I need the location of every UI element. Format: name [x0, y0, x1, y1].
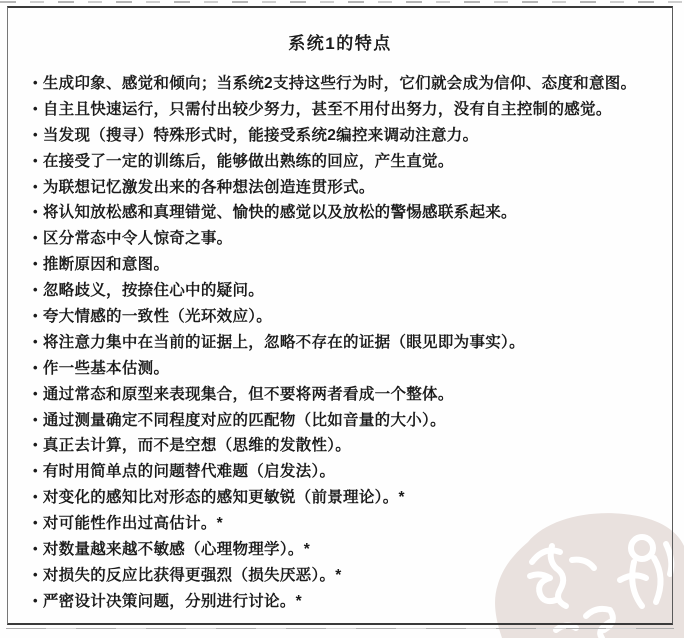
list-item-text: 将注意力集中在当前的证据上，忽略不存在的证据（眼见即为事实）。 — [43, 330, 525, 356]
list-item: •对损失的反应比获得更强烈（损失厌恶）。* — [33, 563, 662, 589]
list-item: •对变化的感知比对形态的感知更敏锐（前景理论）。* — [33, 485, 662, 511]
list-item-text: 通过常态和原型来表现集合，但不要将两者看成一个整体。 — [43, 382, 454, 408]
bullet-icon: • — [33, 588, 38, 614]
bullet-icon: • — [33, 458, 38, 484]
bullet-icon: • — [33, 148, 38, 174]
list-item: •严密设计决策问题，分别进行讨论。* — [33, 589, 662, 615]
list-item-text: 将认知放松感和真理错觉、愉快的感觉以及放松的警惕感联系起来。 — [43, 200, 517, 226]
bullet-icon: • — [33, 484, 38, 510]
list-item-text: 在接受了一定的训练后，能够做出熟练的回应，产生直觉。 — [43, 149, 454, 175]
list-item-text: 自主且快速运行，只需付出较少努力，甚至不用付出努力，没有自主控制的感觉。 — [43, 97, 612, 123]
list-item-text: 对数量越来越不敏感（心理物理学）。* — [43, 537, 310, 563]
bullet-icon: • — [33, 381, 38, 407]
list-item: •将注意力集中在当前的证据上，忽略不存在的证据（眼见即为事实）。 — [33, 330, 662, 356]
page-title: 系统1的特点 — [8, 32, 672, 56]
list-item: •通过常态和原型来表现集合，但不要将两者看成一个整体。 — [33, 382, 662, 408]
list-item-text: 夸大情感的一致性（光环效应）。 — [43, 304, 272, 330]
list-item-text: 通过测量确定不同程度对应的匹配物（比如音量的大小）。 — [43, 408, 446, 434]
list-item-text: 生成印象、感觉和倾向；当系统2支持这些行为时，它们就会成为信仰、态度和意图。 — [43, 71, 637, 97]
list-item-text: 对可能性作出过高估计。* — [43, 511, 223, 537]
bullet-icon: • — [33, 122, 38, 148]
list-item-text: 区分常态中令人惊奇之事。 — [43, 226, 233, 252]
list-item: •区分常态中令人惊奇之事。 — [33, 226, 662, 252]
list-item-text: 对损失的反应比获得更强烈（损失厌恶）。* — [43, 563, 342, 589]
list-item: •推断原因和意图。 — [33, 252, 662, 278]
list-item: •真正去计算，而不是空想（思维的发散性）。 — [33, 433, 662, 459]
list-item-text: 作一些基本估测。 — [43, 356, 169, 382]
list-item-text: 忽略歧义，按捺住心中的疑问。 — [43, 278, 264, 304]
bullet-icon: • — [33, 407, 38, 433]
bullet-icon: • — [33, 96, 38, 122]
list-item: •当发现（搜寻）特殊形式时，能接受系统2编控来调动注意力。 — [33, 123, 662, 149]
bullet-icon: • — [33, 225, 38, 251]
list-item-text: 真正去计算，而不是空想（思维的发散性）。 — [43, 433, 351, 459]
list-item-text: 为联想记忆激发出来的各种想法创造连贯形式。 — [43, 175, 375, 201]
list-item-text: 当发现（搜寻）特殊形式时，能接受系统2编控来调动注意力。 — [43, 123, 479, 149]
list-item-text: 推断原因和意图。 — [43, 252, 169, 278]
bullet-icon: • — [33, 432, 38, 458]
list-item: •在接受了一定的训练后，能够做出熟练的回应，产生直觉。 — [33, 149, 662, 175]
list-item: •忽略歧义，按捺住心中的疑问。 — [33, 278, 662, 304]
list-item-text: 有时用简单点的问题替代难题（启发法）。 — [43, 459, 335, 485]
bullet-icon: • — [33, 174, 38, 200]
list-item: •夸大情感的一致性（光环效应）。 — [33, 304, 662, 330]
list-item: •生成印象、感觉和倾向；当系统2支持这些行为时，它们就会成为信仰、态度和意图。 — [33, 71, 662, 97]
list-item: •将认知放松感和真理错觉、愉快的感觉以及放松的警惕感联系起来。 — [33, 200, 662, 226]
bullet-icon: • — [33, 199, 38, 225]
content-frame: 系统1的特点 •生成印象、感觉和倾向；当系统2支持这些行为时，它们就会成为信仰、… — [7, 6, 673, 625]
bullet-icon: • — [33, 562, 38, 588]
book-page: { "page": { "title": "系统1的特点", "bullet_c… — [0, 0, 684, 638]
bullet-icon: • — [33, 251, 38, 277]
bullet-icon: • — [33, 510, 38, 536]
list-item: •作一些基本估测。 — [33, 356, 662, 382]
list-item-text: 对变化的感知比对形态的感知更敏锐（前景理论）。* — [43, 485, 405, 511]
bullet-icon: • — [33, 303, 38, 329]
list-item-text: 严密设计决策问题，分别进行讨论。* — [43, 589, 302, 615]
list-item: •有时用简单点的问题替代难题（启发法）。 — [33, 459, 662, 485]
list-item: •为联想记忆激发出来的各种想法创造连贯形式。 — [33, 175, 662, 201]
bullet-icon: • — [33, 355, 38, 381]
list-item: •自主且快速运行，只需付出较少努力，甚至不用付出努力，没有自主控制的感觉。 — [33, 97, 662, 123]
bullet-icon: • — [33, 536, 38, 562]
bullet-icon: • — [33, 329, 38, 355]
bullet-icon: • — [33, 70, 38, 96]
list-item: •对数量越来越不敏感（心理物理学）。* — [33, 537, 662, 563]
bullet-icon: • — [33, 277, 38, 303]
scan-artifact-line — [0, 1, 684, 3]
list-item: •通过测量确定不同程度对应的匹配物（比如音量的大小）。 — [33, 408, 662, 434]
list-item: •对可能性作出过高估计。* — [33, 511, 662, 537]
feature-list: •生成印象、感觉和倾向；当系统2支持这些行为时，它们就会成为信仰、态度和意图。•… — [8, 71, 672, 615]
